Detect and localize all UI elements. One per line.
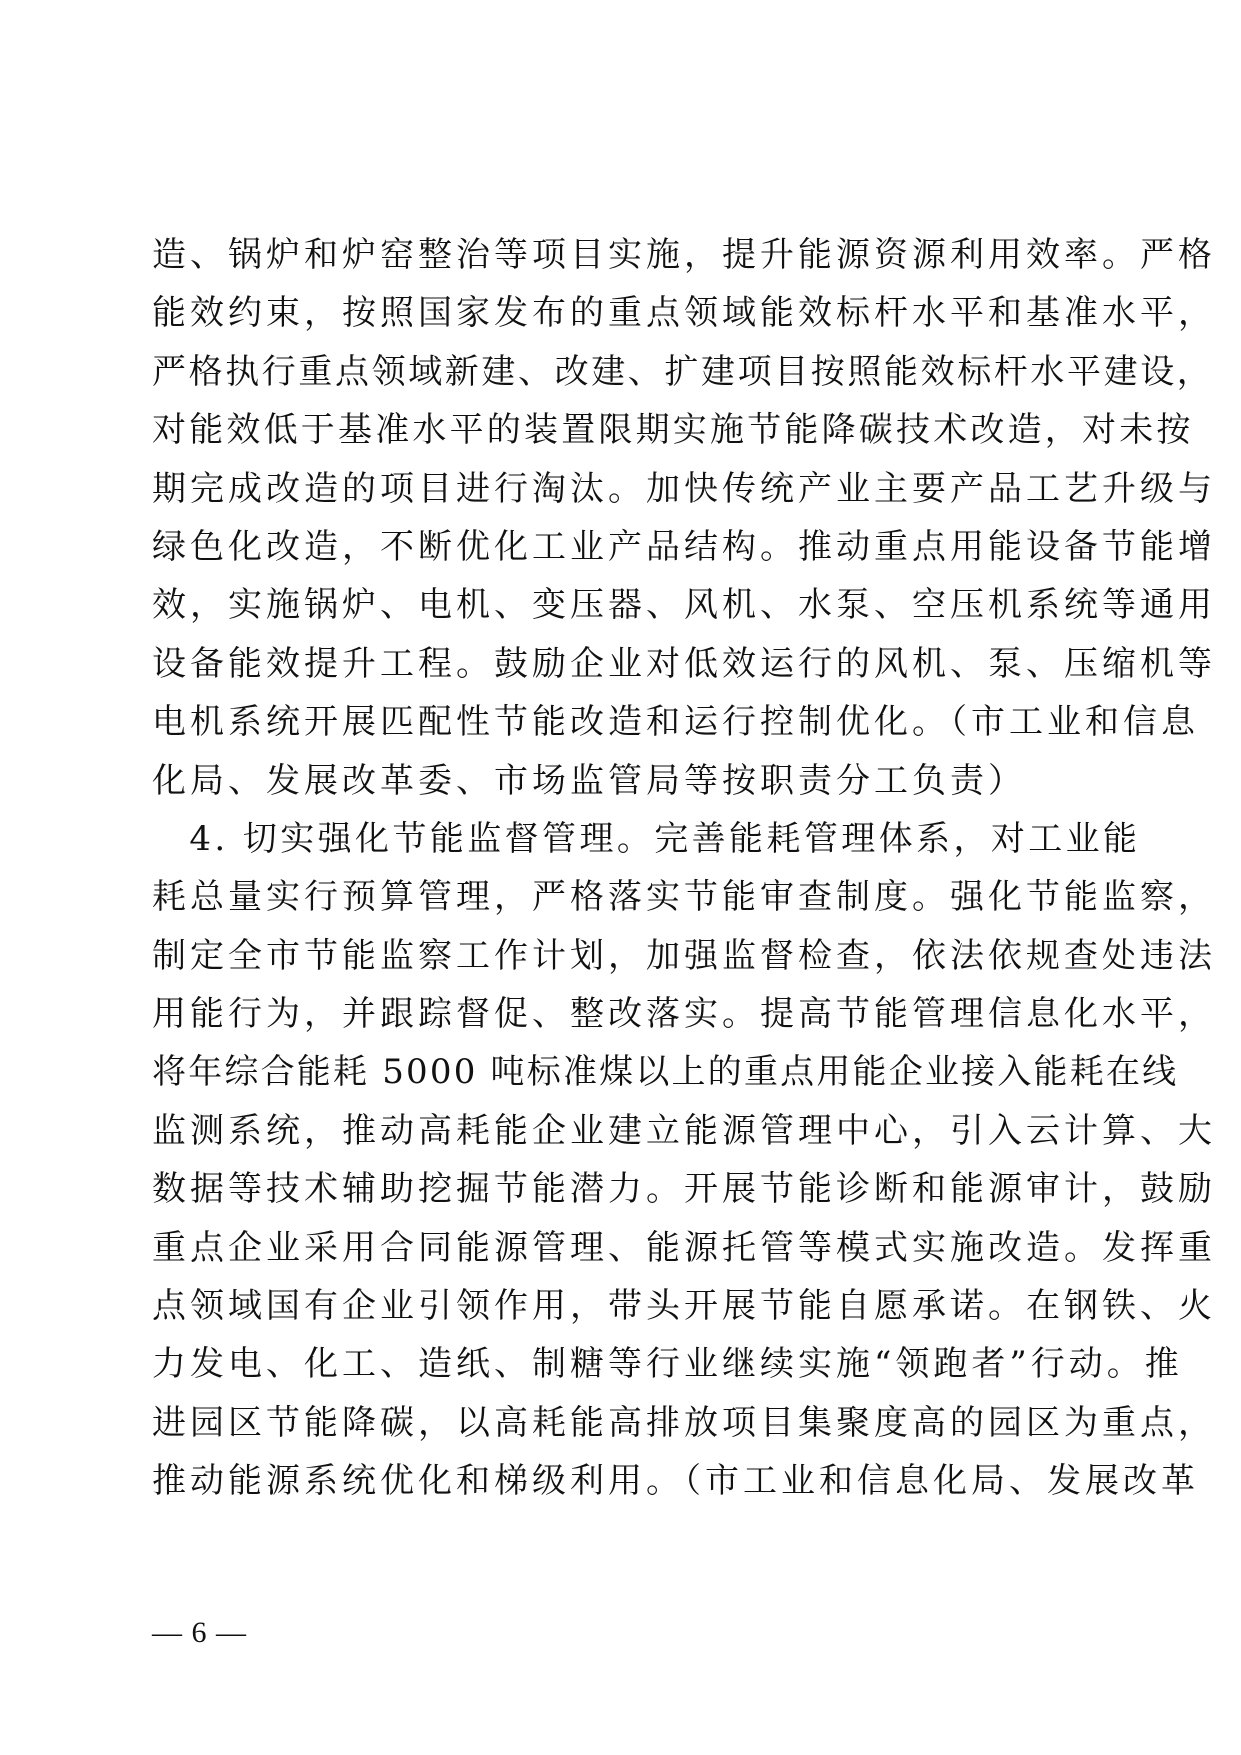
text-line: 制定全市节能监察工作计划，加强监督检查，依法依规查处违法	[152, 927, 1082, 985]
text-line: 数据等技术辅助挖掘节能潜力。开展节能诊断和能源审计，鼓励	[152, 1160, 1082, 1218]
text-line: 严格执行重点领域新建、改建、扩建项目按照能效标杆水平建设，	[152, 343, 1082, 401]
text-line: 用能行为，并跟踪督促、整改落实。提高节能管理信息化水平，	[152, 985, 1082, 1043]
text-line: 设备能效提升工程。鼓励企业对低效运行的风机、泵、压缩机等	[152, 635, 1082, 693]
text-line: 效，实施锅炉、电机、变压器、风机、水泵、空压机系统等通用	[152, 576, 1082, 634]
body-text: 造、锅炉和炉窑整治等项目实施，提升能源资源利用效率。严格 能效约束，按照国家发布…	[152, 226, 1082, 1511]
text-line: 进园区节能降碳，以高耗能高排放项目集聚度高的园区为重点，	[152, 1394, 1082, 1452]
text-line: 将年综合能耗 5000 吨标准煤以上的重点用能企业接入能耗在线	[152, 1043, 1082, 1101]
text-line: 能效约束，按照国家发布的重点领域能效标杆水平和基准水平，	[152, 284, 1082, 342]
document-page: 造、锅炉和炉窑整治等项目实施，提升能源资源利用效率。严格 能效约束，按照国家发布…	[0, 0, 1241, 1755]
page-number: — 6 —	[152, 1618, 247, 1648]
text-line: 期完成改造的项目进行淘汰。加快传统产业主要产品工艺升级与	[152, 460, 1082, 518]
text-line: 重点企业采用合同能源管理、能源托管等模式实施改造。发挥重	[152, 1219, 1082, 1277]
text-line: 点领域国有企业引领作用，带头开展节能自愿承诺。在钢铁、火	[152, 1277, 1082, 1335]
text-line: 耗总量实行预算管理，严格落实节能审查制度。强化节能监察，	[152, 868, 1082, 926]
text-line: 推动能源系统优化和梯级利用。（市工业和信息化局、发展改革	[152, 1452, 1082, 1510]
text-line: 电机系统开展匹配性节能改造和运行控制优化。（市工业和信息	[152, 693, 1082, 751]
text-line: 造、锅炉和炉窑整治等项目实施，提升能源资源利用效率。严格	[152, 226, 1082, 284]
text-line: 化局、发展改革委、市场监管局等按职责分工负责）	[152, 752, 1082, 810]
text-line: 绿色化改造，不断优化工业产品结构。推动重点用能设备节能增	[152, 518, 1082, 576]
text-line: 监测系统，推动高耗能企业建立能源管理中心，引入云计算、大	[152, 1102, 1082, 1160]
text-line: 对能效低于基准水平的装置限期实施节能降碳技术改造，对未按	[152, 401, 1082, 459]
text-line: 力发电、化工、造纸、制糖等行业继续实施“领跑者”行动。推	[152, 1335, 1082, 1393]
section-heading-line: 4. 切实强化节能监督管理。完善能耗管理体系，对工业能	[152, 810, 1082, 868]
